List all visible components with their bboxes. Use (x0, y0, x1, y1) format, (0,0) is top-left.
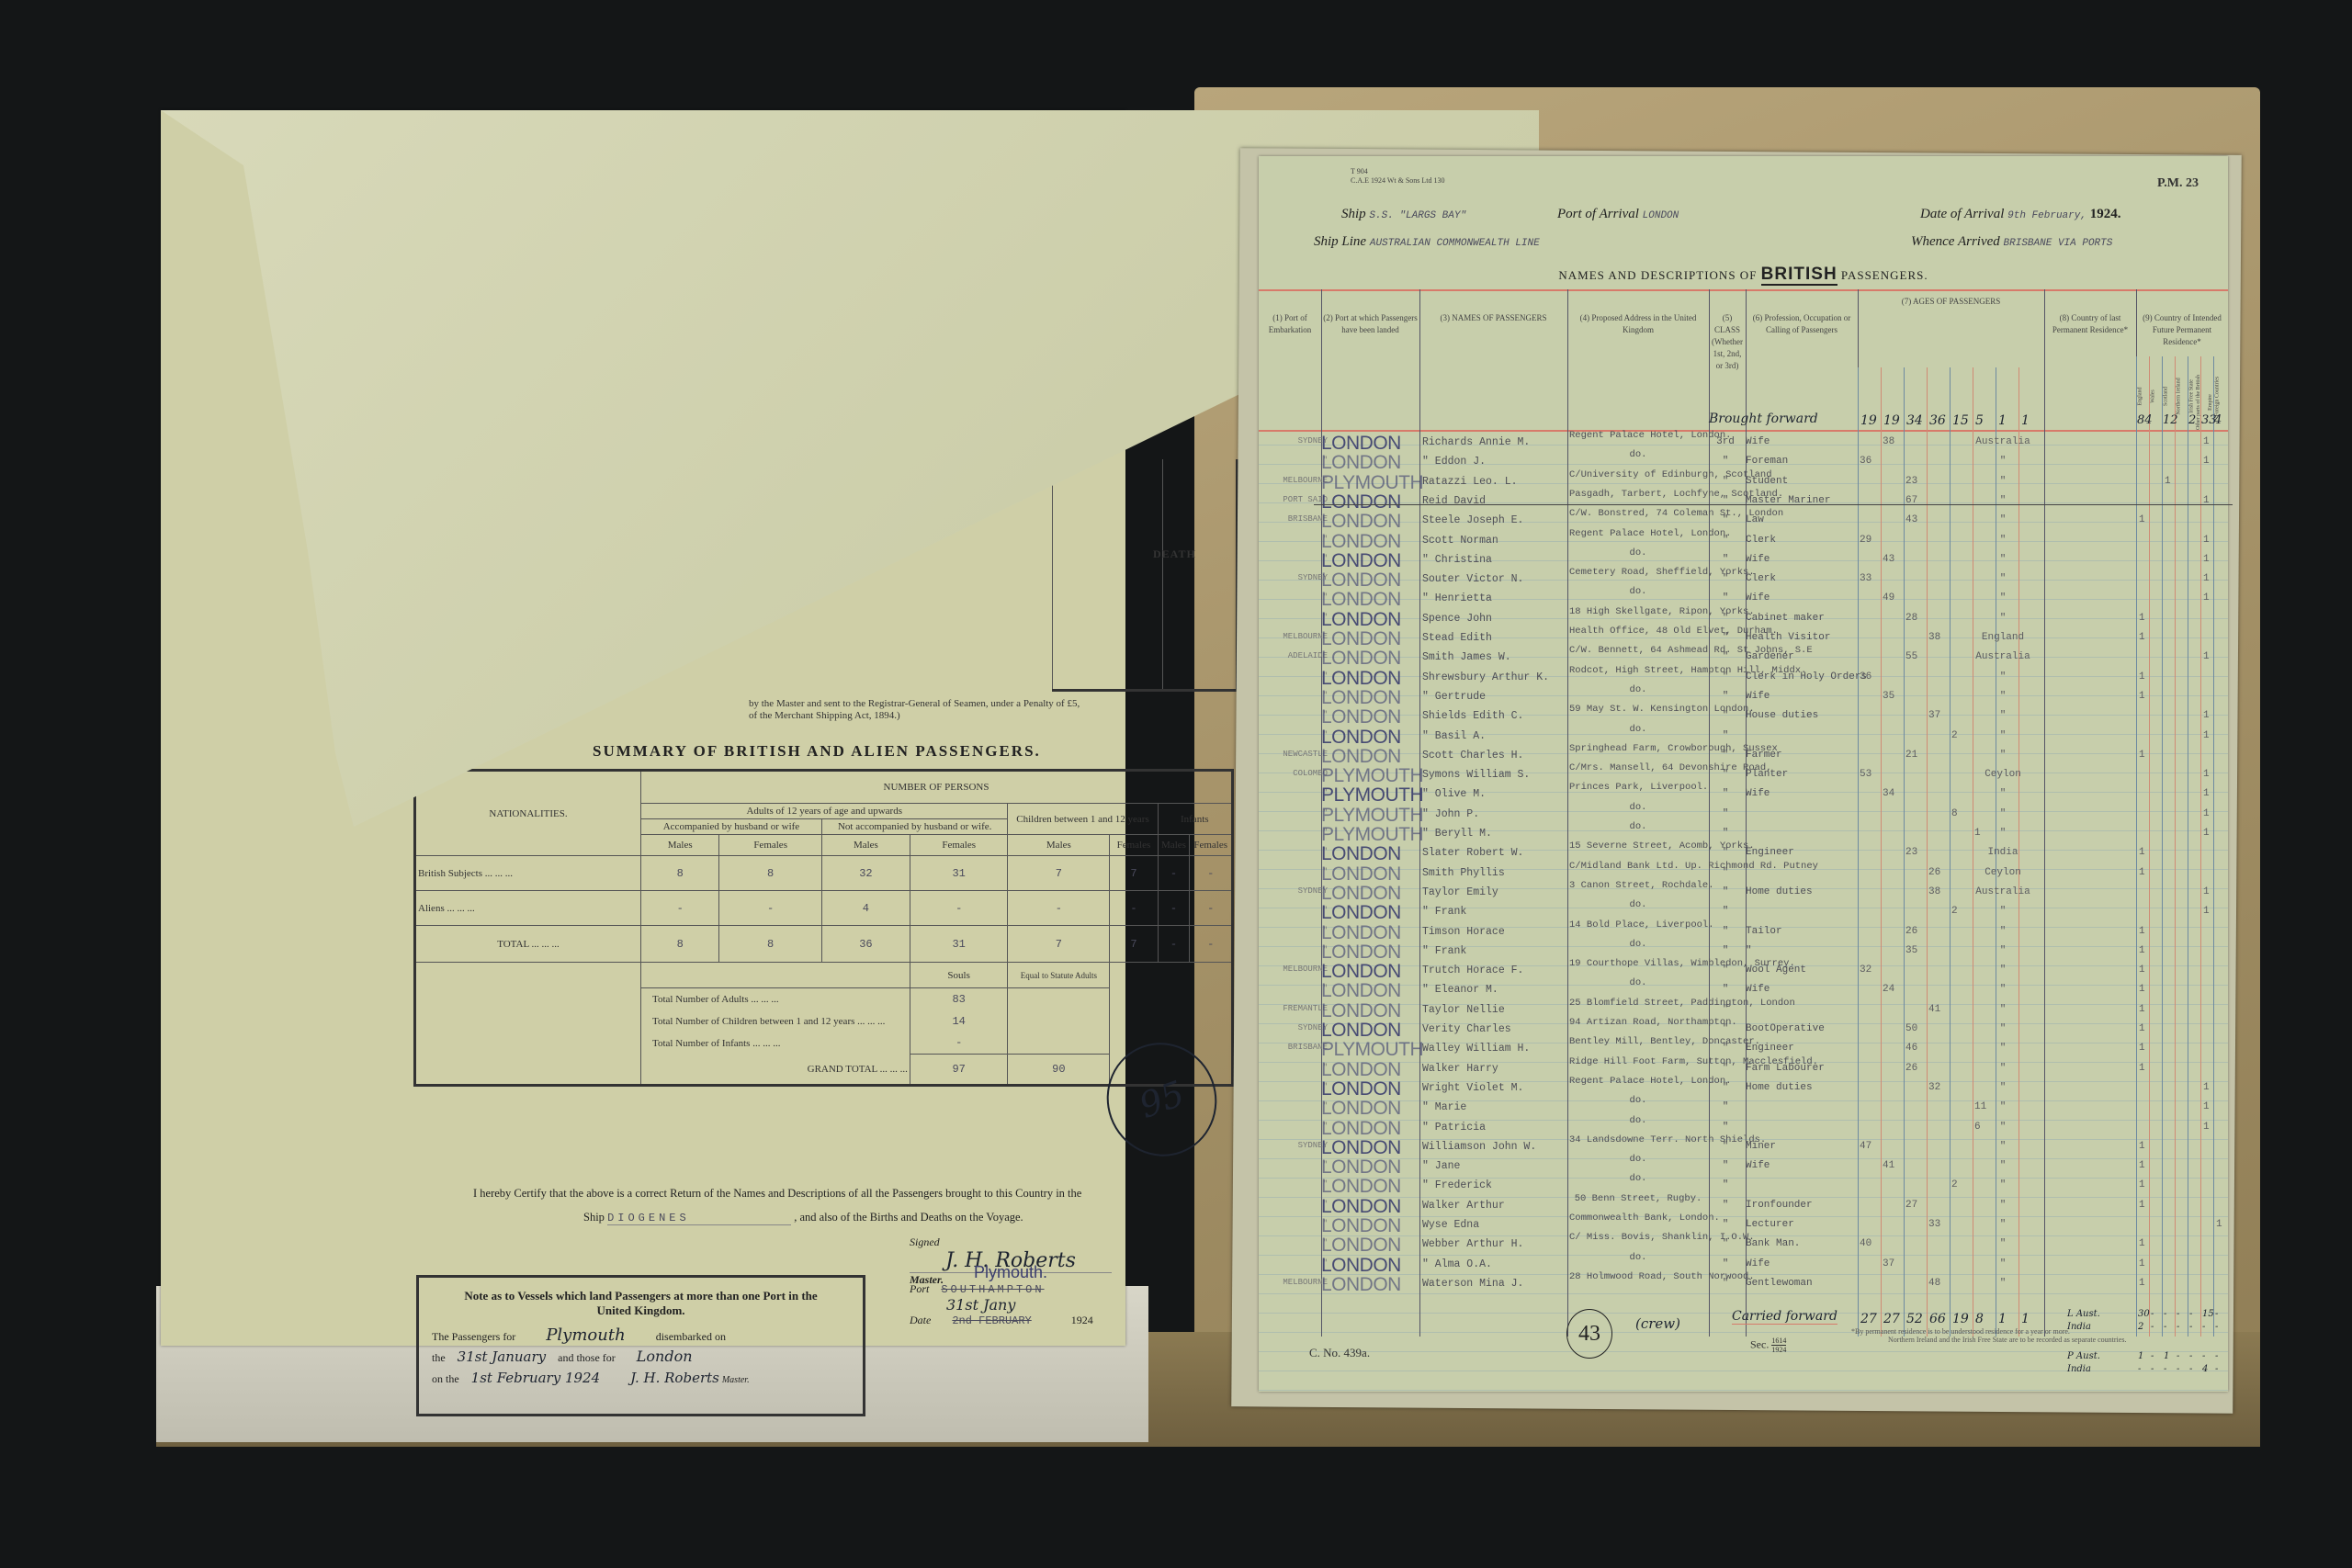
last-residence-country: " (1934, 671, 2072, 682)
summary-cell: 32 (821, 856, 910, 891)
age-total: 19 (1860, 413, 1877, 428)
ship-value: S.S. "LARGS BAY" (1369, 210, 1466, 221)
summary-table: NATIONALITIES. NUMBER OF PERSONS Adults … (413, 769, 1234, 1087)
passenger-class: " (1707, 671, 1744, 682)
proposed-address: Regent Palace Hotel, London. (1569, 1077, 1707, 1087)
nationality-emphasis: BRITISH (1761, 265, 1837, 286)
passenger-class: " (1707, 769, 1744, 780)
occupation: Wife (1746, 691, 1770, 702)
passenger-name: " John P. (1422, 808, 1479, 820)
passenger-name: " Beryll M. (1422, 828, 1492, 840)
passenger-age: 53 (1860, 769, 1871, 780)
passenger-name: Webber Arthur H. (1422, 1238, 1523, 1250)
last-residence-country: " (1934, 476, 2072, 487)
intended-residence-mark: 1 (2165, 476, 2171, 487)
passenger-class: " (1707, 1101, 1744, 1112)
proposed-address: do. (1569, 548, 1707, 558)
proposed-address: do. (1569, 450, 1707, 460)
summary-cell: - (1190, 926, 1233, 963)
intended-residence-mark: 1 (2203, 769, 2210, 780)
passenger-class: " (1707, 1219, 1744, 1230)
intended-residence-mark: 1 (2203, 730, 2210, 741)
occupation: House duties (1746, 710, 1818, 721)
total-label: Total Number of Adults ... ... ... (641, 988, 910, 1010)
passenger-class: " (1707, 535, 1744, 546)
intended-residence-mark: 1 (2139, 632, 2145, 643)
proposed-address: 18 High Skellgate, Ripon, Yorks. (1569, 607, 1707, 617)
intended-residence-mark: 1 (2139, 926, 2145, 937)
intended-residence-mark: 1 (2203, 808, 2210, 819)
summary-cell: - (719, 891, 822, 926)
penalty-note: by the Master and sent to the Registrar-… (749, 698, 1080, 722)
intended-residence-mark: 1 (2139, 1160, 2145, 1171)
passenger-class: " (1707, 514, 1744, 525)
occupation: Wife (1746, 984, 1770, 995)
passenger-name: Symons William S. (1422, 769, 1530, 781)
crew-note: (crew) (1635, 1315, 1680, 1332)
last-residence-country: " (1934, 1179, 2072, 1190)
passenger-age: 49 (1883, 592, 1894, 604)
date-of-arrival-field: Date of Arrival 9th February, 1924. (1920, 207, 2120, 222)
summary-row: Aliens ... ... ...--4----- (415, 891, 1233, 926)
last-residence-country: " (1934, 964, 2072, 976)
passenger-class: " (1707, 573, 1744, 584)
tally-value: - (2151, 1309, 2154, 1319)
underlying-table-fragment (1052, 459, 1238, 692)
total-row: Total Number of Children between 1 and 1… (415, 1010, 1233, 1032)
port-of-embarkation: MELBOURNE (1263, 964, 1328, 974)
port-of-embarkation: " (1263, 867, 1328, 876)
passenger-name: " Eleanor M. (1422, 984, 1498, 996)
spacer (1110, 963, 1233, 988)
occupation: Clerk in Holy Orders (1746, 671, 1867, 682)
tally-value: - (2202, 1322, 2205, 1332)
port-of-embarkation: " (1263, 613, 1328, 622)
passenger-age: 28 (1905, 613, 1917, 624)
passenger-class: " (1707, 1200, 1744, 1211)
occupation: Foreman (1746, 456, 1788, 467)
occupation: Health Visitor (1746, 632, 1830, 643)
last-residence-country: " (1934, 1122, 2072, 1133)
passenger-age: 33 (1860, 573, 1871, 584)
intended-residence-mark: 1 (2139, 847, 2145, 858)
last-residence-country: Australia (1934, 436, 2072, 447)
passenger-age: 40 (1860, 1238, 1871, 1249)
intended-residence-mark: 1 (2139, 1179, 2145, 1190)
port-of-embarkation: SYDNEY (1263, 436, 1328, 446)
passenger-age: 37 (1883, 1258, 1894, 1269)
passenger-class: " (1707, 808, 1744, 819)
intended-residence-mark: 1 (2203, 1101, 2210, 1112)
form-number: P.M. 23 (2157, 176, 2199, 191)
passenger-class: " (1707, 554, 1744, 565)
passenger-name: Verity Charles (1422, 1023, 1511, 1035)
tally-value: - (2189, 1364, 2192, 1374)
total-label: Total Number of Infants ... ... ... (641, 1032, 910, 1055)
tally-value: - (2138, 1364, 2141, 1374)
passenger-row[interactable]: MELBOURNELONDONWaterson Mina J.28 Holmwo… (1259, 1278, 2228, 1297)
passenger-name: Shields Edith C. (1422, 710, 1523, 722)
port-of-embarkation: " (1263, 730, 1328, 739)
passenger-class: " (1707, 1278, 1744, 1289)
port-of-embarkation: SYDNEY (1263, 1141, 1328, 1150)
occupation: Gardener (1746, 651, 1794, 662)
intended-residence-mark: 1 (2203, 573, 2210, 584)
date-handwritten: 31st Jany (946, 1296, 1093, 1314)
last-residence-country: " (1934, 1278, 2072, 1289)
spacer (415, 1010, 641, 1032)
proposed-address: do. (1569, 685, 1707, 695)
last-residence-country: " (1934, 1238, 2072, 1249)
residence-total: 84 (2137, 413, 2153, 427)
passenger-name: " Olive M. (1422, 788, 1486, 800)
proposed-address: C/W. Bennett, 64 Ashmead Rd. St Johns, S… (1569, 646, 1707, 656)
column-header-9: (9) Country of Intended Future Permanent… (2136, 312, 2228, 348)
last-residence-country: " (1934, 788, 2072, 799)
last-residence-country: India (1934, 847, 2072, 858)
last-residence-country: " (1934, 691, 2072, 702)
proposed-address: 34 Landsdowne Terr. North Shields. (1569, 1135, 1707, 1145)
passenger-class: " (1707, 1122, 1744, 1133)
passenger-class: " (1707, 984, 1744, 995)
passenger-name: Williamson John W. (1422, 1141, 1536, 1153)
last-residence-country: " (1934, 730, 2072, 741)
passenger-age: 24 (1883, 984, 1894, 995)
passenger-class: " (1707, 945, 1744, 956)
proposed-address: 50 Benn Street, Rugby. (1569, 1194, 1707, 1204)
passenger-class: " (1707, 1258, 1744, 1269)
passenger-name: Scott Norman (1422, 535, 1498, 547)
number-of-persons-header: NUMBER OF PERSONS (641, 771, 1233, 804)
passenger-class: " (1707, 906, 1744, 917)
occupation: Ironfounder (1746, 1200, 1813, 1211)
passenger-name: Trutch Horace F. (1422, 964, 1523, 976)
passenger-name: Souter Victor N. (1422, 573, 1523, 585)
port-of-embarkation: " (1263, 906, 1328, 915)
summary-cell: 8 (641, 856, 719, 891)
occupation: Wife (1746, 1258, 1770, 1269)
port-of-embarkation: MELBOURNE (1263, 1278, 1328, 1287)
passenger-class: " (1707, 1023, 1744, 1034)
age-total: 1 (1998, 1312, 2007, 1326)
age-total: 1 (2021, 1312, 2030, 1326)
column-header-4: (4) Proposed Address in the United Kingd… (1567, 312, 1709, 336)
summary-cell: 8 (719, 856, 822, 891)
last-residence-country: " (1934, 945, 2072, 956)
port-of-embarkation: " (1263, 1200, 1328, 1209)
occupation: Wife (1746, 436, 1770, 447)
summary-cell: - (641, 891, 719, 926)
proposed-address: do. (1569, 1116, 1707, 1126)
passenger-age: 35 (1883, 691, 1894, 702)
passenger-name: Taylor Emily (1422, 886, 1498, 898)
port-of-embarkation: " (1263, 691, 1328, 700)
passenger-name: Reid David (1422, 495, 1486, 507)
occupation: Bank Man. (1746, 1238, 1800, 1249)
proposed-address: 94 Artizan Road, Northampton. (1569, 1018, 1707, 1028)
proposed-address: do. (1569, 1096, 1707, 1106)
passenger-name: Scott Charles H. (1422, 750, 1523, 761)
port-stamp: Plymouth. (974, 1263, 1093, 1282)
port-of-embarkation: " (1263, 671, 1328, 681)
souls-value: - (910, 1032, 1008, 1055)
date-year: 1924 (1071, 1314, 1093, 1326)
port-landed-stamp: LONDON (1321, 1274, 1415, 1296)
occupation: Farm Labourer (1746, 1063, 1825, 1074)
proposed-address: Rodcot, High Street, Hampton Hill, Middx… (1569, 666, 1707, 676)
last-residence-country: Australia (1934, 886, 2072, 897)
passenger-name: Spence John (1422, 613, 1492, 625)
port-of-embarkation: " (1263, 592, 1328, 602)
passenger-age: 26 (1905, 1063, 1917, 1074)
occupation: Wife (1746, 1160, 1770, 1171)
summary-cell: 31 (910, 856, 1008, 891)
intended-residence-mark: 1 (2139, 1063, 2145, 1074)
port-of-embarkation: " (1263, 1063, 1328, 1072)
occupation: Home duties (1746, 886, 1813, 897)
port-of-embarkation: " (1263, 1101, 1328, 1111)
intended-residence-mark: 1 (2139, 984, 2145, 995)
brought-forward-label: Brought forward (1709, 412, 1818, 426)
proposed-address: 25 Blomfield Street, Paddington, London (1569, 998, 1707, 1009)
port-of-embarkation: MELBOURNE (1263, 632, 1328, 641)
last-residence-country: " (1934, 926, 2072, 937)
port-of-embarkation: " (1263, 554, 1328, 563)
passenger-class: " (1707, 691, 1744, 702)
passenger-age: 50 (1905, 1023, 1917, 1034)
passenger-name: " Eddon J. (1422, 456, 1486, 468)
summary-cell: - (910, 891, 1008, 926)
intended-residence-mark: 1 (2203, 535, 2210, 546)
passenger-class: " (1707, 1004, 1744, 1015)
tally-value: - (2177, 1364, 2179, 1374)
residence-total: 4 (2214, 413, 2222, 427)
intended-residence-mark: 1 (2139, 1043, 2145, 1054)
passenger-name: Walker Arthur (1422, 1200, 1505, 1212)
passenger-age: 47 (1860, 1141, 1871, 1152)
intended-residence-mark: 1 (2139, 1004, 2145, 1015)
passenger-name: Steele Joseph E. (1422, 514, 1523, 526)
intended-residence-mark: 1 (2139, 1258, 2145, 1269)
proposed-address: Regent Palace Hotel, London. (1569, 529, 1707, 539)
passenger-class: " (1707, 1160, 1744, 1171)
males-header: Males (1008, 835, 1110, 856)
passenger-class: " (1707, 710, 1744, 721)
last-residence-country: " (1934, 1219, 2072, 1230)
intended-residence-mark: 1 (2139, 1023, 2145, 1034)
port-of-embarkation: " (1263, 1219, 1328, 1228)
last-residence-country: " (1934, 1023, 2072, 1034)
age-total: 66 (1929, 1312, 1946, 1326)
passenger-age: 26 (1905, 926, 1917, 937)
passenger-class: " (1707, 1179, 1744, 1190)
passenger-class: " (1707, 926, 1744, 937)
form-reference: T 904 C.A.E 1924 Wt & Sons Ltd 130 (1351, 167, 1445, 186)
occupation: Law (1746, 514, 1764, 525)
port-of-embarkation: " (1263, 456, 1328, 465)
passenger-name: Stead Edith (1422, 632, 1492, 644)
port-of-arrival-value: LONDON (1643, 210, 1679, 221)
intended-residence-mark: 1 (2139, 514, 2145, 525)
intended-residence-mark: 1 (2139, 867, 2145, 878)
passenger-class: " (1707, 651, 1744, 662)
last-residence-country: Ceylon (1934, 867, 2072, 878)
passenger-name: " Patricia (1422, 1122, 1486, 1134)
last-residence-country: Ceylon (1934, 769, 2072, 780)
port-of-embarkation: " (1263, 1160, 1328, 1169)
proposed-address: do. (1569, 978, 1707, 988)
proposed-address: Ridge Hill Foot Farm, Sutton, Macclesfie… (1569, 1057, 1707, 1067)
last-residence-country: " (1934, 710, 2072, 721)
proposed-address: Springhead Farm, Crowborough, Sussex (1569, 744, 1707, 754)
passenger-name: " Gertrude (1422, 691, 1486, 703)
last-residence-country: " (1934, 1063, 2072, 1074)
last-residence-country: " (1934, 554, 2072, 565)
summary-title: SUMMARY OF BRITISH AND ALIEN PASSENGERS. (593, 742, 1041, 761)
passenger-name: Shrewsbury Arthur K. (1422, 671, 1549, 683)
passenger-name: Ratazzi Leo. L. (1422, 476, 1518, 488)
passenger-age: 32 (1860, 964, 1871, 976)
passenger-class: " (1707, 886, 1744, 897)
tally-value: - (2189, 1309, 2192, 1319)
passenger-name: " Alma O.A. (1422, 1258, 1492, 1270)
occupation: " (1746, 945, 1752, 956)
souls-value: 97 (910, 1055, 1008, 1086)
proposed-address: do. (1569, 1155, 1707, 1165)
proposed-address: 3 Canon Street, Rochdale. (1569, 881, 1707, 891)
intended-residence-mark: 1 (2203, 592, 2210, 604)
passenger-age: 38 (1883, 436, 1894, 447)
passenger-name: Wyse Edna (1422, 1219, 1479, 1231)
passenger-class: " (1707, 1043, 1744, 1054)
passenger-age: 34 (1883, 788, 1894, 799)
tally-value: 4 (2202, 1364, 2208, 1374)
intended-residence-mark: 1 (2139, 691, 2145, 702)
passenger-name: " Jane (1422, 1160, 1460, 1172)
port-of-embarkation: SYDNEY (1263, 886, 1328, 896)
nationalities-header: NATIONALITIES. (415, 771, 641, 856)
passenger-age: 21 (1905, 750, 1917, 761)
passenger-list-page: T 904 C.A.E 1924 Wt & Sons Ltd 130 P.M. … (1259, 156, 2228, 1392)
last-residence-country: " (1934, 1200, 2072, 1211)
age-total: 1 (2021, 413, 2030, 428)
males-header: Males (641, 835, 719, 856)
occupation: Engineer (1746, 1043, 1794, 1054)
residence-total: 12 (2163, 413, 2178, 427)
form-c-number: C. No. 439a. (1309, 1346, 1370, 1360)
port-of-embarkation: " (1263, 1122, 1328, 1131)
port-of-embarkation: " (1263, 535, 1328, 544)
intended-residence-mark: 1 (2203, 436, 2210, 447)
passenger-name: Slater Robert W. (1422, 847, 1523, 859)
tally-value: - (2164, 1364, 2166, 1374)
summary-cell: 7 (1110, 856, 1158, 891)
port-of-embarkation: FREMANTLE (1263, 1004, 1328, 1013)
passenger-name: " Frank (1422, 906, 1466, 918)
intended-residence-mark: 1 (2203, 788, 2210, 799)
proposed-address: do. (1569, 940, 1707, 950)
proposed-address: do. (1569, 1253, 1707, 1263)
port-of-embarkation: " (1263, 1179, 1328, 1189)
proposed-address: Regent Palace Hotel, London. (1569, 431, 1707, 441)
passenger-name: " Frank (1422, 945, 1466, 957)
last-residence-country: " (1934, 750, 2072, 761)
summary-row: British Subjects ... ... ...88323177-- (415, 856, 1233, 891)
occupation: Home duties (1746, 1082, 1813, 1093)
last-residence-country: " (1934, 1043, 2072, 1054)
passenger-class: " (1707, 613, 1744, 624)
strike-line (1314, 504, 2233, 505)
females-header: Females (1110, 835, 1158, 856)
column-header-6: (6) Profession, Occupation or Calling of… (1746, 312, 1858, 336)
proposed-address: Cemetery Road, Sheffield, Yorks. (1569, 568, 1707, 578)
proposed-address: C/ Miss. Bovis, Shanklin, I.O.W. (1569, 1233, 1707, 1243)
nationality-label: TOTAL ... ... ... (415, 926, 641, 963)
summary-cell: 4 (821, 891, 910, 926)
spacer (415, 1055, 641, 1086)
tally-value: - (2189, 1322, 2192, 1332)
carried-forward-label: Carried forward (1732, 1309, 1837, 1325)
last-residence-country: " (1934, 514, 2072, 525)
males-header: Males (821, 835, 910, 856)
passenger-class: " (1707, 456, 1744, 467)
proposed-address: Pasgadh, Tarbert, Lochfyne, Scotland. (1569, 490, 1707, 500)
intended-residence-mark: 1 (2139, 750, 2145, 761)
whence-arrived-value: BRISBANE VIA PORTS (2004, 238, 2113, 249)
port-of-embarkation: " (1263, 1082, 1328, 1091)
passenger-class: " (1707, 828, 1744, 839)
passenger-class: " (1707, 847, 1744, 858)
occupation: Tailor (1746, 926, 1782, 937)
statute-header: Equal to Statute Adults (1008, 963, 1110, 988)
last-residence-country: " (1934, 456, 2072, 467)
port-of-embarkation: MELBOURNE (1263, 476, 1328, 485)
underlying-heading: DEATH (1153, 547, 1196, 561)
port-of-embarkation: " (1263, 1258, 1328, 1268)
occupation: Planter (1746, 769, 1788, 780)
occupation: Wife (1746, 554, 1770, 565)
age-total: 8 (1975, 1312, 1984, 1326)
port-of-embarkation: " (1263, 926, 1328, 935)
last-residence-country: " (1934, 535, 2072, 546)
intended-residence-mark: 1 (2203, 828, 2210, 839)
port-of-embarkation: COLOMBO (1263, 769, 1328, 778)
port-of-embarkation: SYDNEY (1263, 1023, 1328, 1032)
intended-residence-mark: 1 (2203, 651, 2210, 662)
summary-cell: 7 (1008, 856, 1110, 891)
spacer (415, 1032, 641, 1055)
summary-cell: - (1158, 926, 1190, 963)
last-residence-country: " (1934, 1082, 2072, 1093)
passenger-name: Smith James W. (1422, 651, 1511, 663)
port-of-embarkation: " (1263, 710, 1328, 719)
intended-residence-mark: 1 (2139, 964, 2145, 976)
occupation: Farmer (1746, 750, 1782, 761)
port-of-embarkation: BRISBANE (1263, 514, 1328, 524)
port-of-embarkation: " (1263, 828, 1328, 837)
total-label: GRAND TOTAL ... ... ... (641, 1055, 910, 1086)
last-residence-country: " (1934, 906, 2072, 917)
port-of-embarkation: " (1263, 847, 1328, 856)
ship-line-value: AUSTRALIAN COMMONWEALTH LINE (1370, 238, 1540, 249)
tally-value: - (2177, 1309, 2179, 1319)
nationality-label: British Subjects ... ... ... (415, 856, 641, 891)
passenger-age: 41 (1883, 1160, 1894, 1171)
tally-value: - (2202, 1351, 2205, 1361)
last-residence-country: " (1934, 573, 2072, 584)
occupation: Clerk (1746, 573, 1776, 584)
passenger-age: 35 (1905, 945, 1917, 956)
